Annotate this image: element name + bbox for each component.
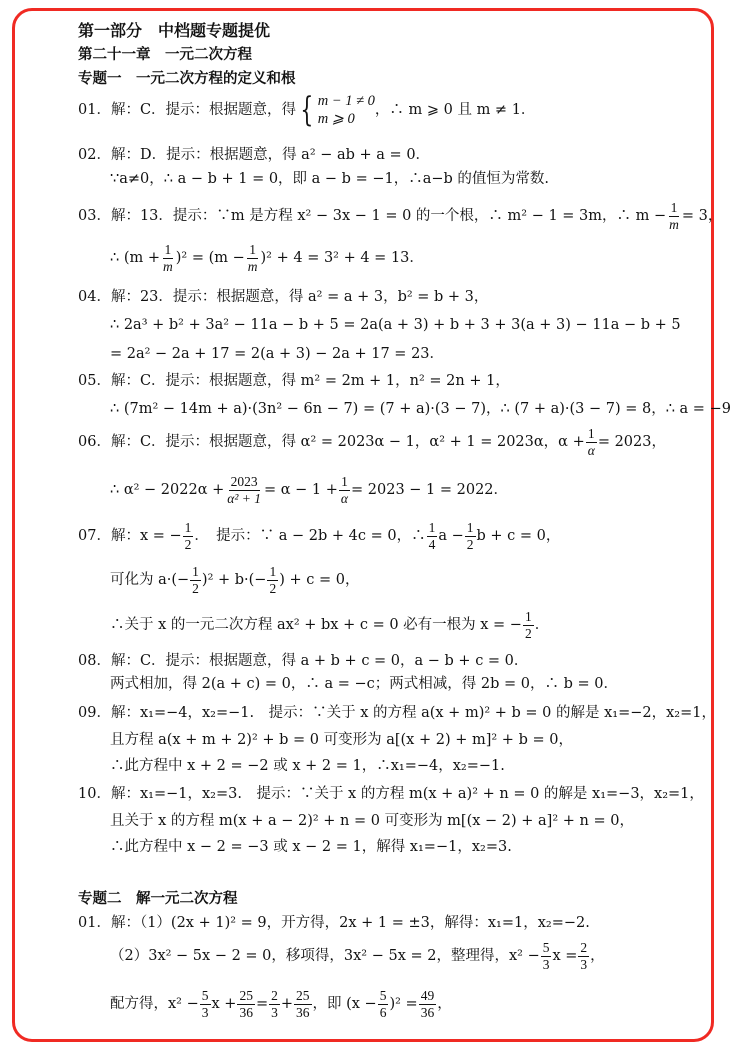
answer-09-line1: 09．解：x₁=−4，x₂=−1. 提示：∵关于 x 的方程 a(x + m)²… bbox=[78, 704, 716, 722]
answer-text: = 3， bbox=[682, 208, 722, 224]
system-line: m − 1 ≠ 0 bbox=[318, 92, 375, 110]
answer-text: 可化为 a·(− bbox=[110, 572, 189, 588]
answer-text: )² = (m − bbox=[176, 250, 245, 266]
fraction: 12 bbox=[267, 564, 278, 597]
system-line: m ⩾ 0 bbox=[318, 110, 375, 128]
answer-10-line3: ∴此方程中 x − 2 = −3 或 x − 2 = 1，解得 x₁=−1，x₂… bbox=[110, 838, 512, 856]
answer-02-line1: 02．解：D．提示：根据题意，得 a² − ab + a = 0． bbox=[78, 146, 430, 164]
answer-text: 03．解：13．提示：∵m 是方程 x² − 3x − 1 = 0 的一个根，∴… bbox=[78, 208, 666, 224]
answer-09-line3: ∴此方程中 x + 2 = −2 或 x + 2 = 1，∴x₁=−4，x₂=−… bbox=[110, 757, 505, 775]
answer-06-line1: 06．解：C．提示：根据题意，得 α² = 2023α − 1，α² + 1 =… bbox=[78, 424, 666, 460]
answer-06-line2: ∴ α² − 2022α +2023α² + 1= α − 1 +1α= 202… bbox=[110, 470, 508, 510]
answer-text: 配方得，x² − bbox=[110, 996, 199, 1012]
answer-text: ∴ (m + bbox=[110, 250, 160, 266]
answer-01: 01．解：C．提示：根据题意，得{m − 1 ≠ 0m ⩾ 0，∴ m ⩾ 0 … bbox=[78, 90, 535, 130]
answer-07-line1: 07．解：x = −12． 提示：∵ a − 2b + 4c = 0，∴14a … bbox=[78, 518, 560, 554]
fraction: 1m bbox=[667, 200, 681, 233]
fraction: 53 bbox=[541, 940, 552, 973]
fraction: 12 bbox=[183, 520, 194, 553]
fraction: 2536 bbox=[294, 988, 312, 1021]
answer-text: ) + c = 0， bbox=[279, 572, 359, 588]
answer-text: = 2023 − 1 = 2022． bbox=[351, 482, 508, 498]
answer-text: ∴ α² − 2022α + bbox=[110, 482, 224, 498]
fraction: 12 bbox=[523, 609, 534, 642]
answer-text: ， bbox=[437, 996, 452, 1012]
section-title-2: 专题二 解一元二次方程 bbox=[78, 890, 238, 908]
equation-system: {m − 1 ≠ 0m ⩾ 0 bbox=[296, 92, 375, 128]
answer-04-line2: ∴ 2a³ + b² + 3a² − 11a − b + 5 = 2a(a + … bbox=[110, 316, 681, 334]
part-title: 第一部分 中档题专题提优 bbox=[78, 22, 270, 40]
answer-03-line1: 03．解：13．提示：∵m 是方程 x² − 3x − 1 = 0 的一个根，∴… bbox=[78, 198, 722, 234]
fraction: 53 bbox=[200, 988, 211, 1021]
answer-text: = α − 1 + bbox=[264, 482, 338, 498]
answer-text: 06．解：C．提示：根据题意，得 α² = 2023α − 1，α² + 1 =… bbox=[78, 434, 585, 450]
section2-answer-01-line1: 01．解：（1）(2x + 1)² = 9，开方得，2x + 1 = ±3，解得… bbox=[78, 914, 590, 932]
fraction: 1m bbox=[246, 242, 260, 275]
answer-05-line2: ∴ (7m² − 14m + a)·(3n² − 6n − 7) = (7 + … bbox=[110, 400, 730, 418]
answer-04-line3: = 2a² − 2a + 17 = 2(a + 3) − 2a + 17 = 2… bbox=[110, 345, 444, 363]
answer-text: ，∴ m ⩾ 0 且 m ≠ 1． bbox=[375, 102, 536, 118]
answer-08-line2: 两式相加，得 2(a + c) = 0，∴ a = −c；两式相减，得 2b =… bbox=[110, 675, 618, 693]
fraction: 1α bbox=[586, 426, 597, 459]
answer-05-line1: 05．解：C．提示：根据题意，得 m² = 2m + 1，n² = 2n + 1… bbox=[78, 372, 510, 390]
answer-text: ． 提示：∵ a − 2b + 4c = 0，∴ bbox=[194, 528, 425, 544]
answer-text: = bbox=[256, 996, 268, 1012]
answer-07-line3: ∴关于 x 的一元二次方程 ax² + bx + c = 0 必有一根为 x =… bbox=[110, 607, 549, 643]
section-title-1: 专题一 一元二次方程的定义和根 bbox=[78, 70, 296, 88]
answer-text: （2）3x² − 5x − 2 = 0，移项得，3x² − 5x = 2，整理得… bbox=[110, 948, 540, 964]
answer-text: ， bbox=[590, 948, 605, 964]
answer-text: ∴关于 x 的一元二次方程 ax² + bx + c = 0 必有一根为 x =… bbox=[110, 617, 522, 633]
answer-text: b + c = 0， bbox=[477, 528, 561, 544]
answer-text: + bbox=[281, 996, 293, 1012]
fraction: 12 bbox=[190, 564, 201, 597]
fraction: 4936 bbox=[419, 988, 437, 1021]
answer-08-line1: 08．解：C．提示：根据题意，得 a + b + c = 0，a − b + c… bbox=[78, 652, 528, 670]
answer-text: )² + 4 = 3² + 4 = 13． bbox=[261, 250, 424, 266]
answer-text: a − bbox=[438, 528, 463, 544]
answer-text: = 2023， bbox=[598, 434, 666, 450]
answer-text: ． bbox=[535, 617, 550, 633]
fraction: 1α bbox=[339, 474, 350, 507]
section2-answer-01-line3: 配方得，x² −53x +2536=23+2536，即 (x −56)² =49… bbox=[110, 986, 452, 1022]
answer-text: 01．解：C．提示：根据题意，得 bbox=[78, 102, 296, 118]
answer-02-line2: ∵a≠0，∴ a − b + 1 = 0，即 a − b = −1，∴a−b 的… bbox=[110, 170, 549, 188]
answer-03-line2: ∴ (m +1m)² = (m −1m)² + 4 = 3² + 4 = 13． bbox=[110, 240, 424, 276]
answer-09-line2: 且方程 a(x + m + 2)² + b = 0 可变形为 a[(x + 2)… bbox=[110, 731, 573, 749]
fraction: 14 bbox=[427, 520, 438, 553]
answer-10-line1: 10．解：x₁=−1，x₂=3. 提示：∵关于 x 的方程 m(x + a)² … bbox=[78, 785, 704, 803]
answer-text: ，即 (x − bbox=[313, 996, 377, 1012]
answer-07-line2: 可化为 a·(−12)² + b·(−12) + c = 0， bbox=[110, 562, 359, 598]
answer-text: )² = bbox=[389, 996, 417, 1012]
answer-text: 07．解：x = − bbox=[78, 528, 182, 544]
answer-text: x + bbox=[212, 996, 237, 1012]
fraction: 1m bbox=[161, 242, 175, 275]
fraction: 23 bbox=[578, 940, 589, 973]
answer-10-line2: 且关于 x 的方程 m(x + a − 2)² + n = 0 可变形为 m[(… bbox=[110, 812, 634, 830]
section2-answer-01-line2: （2）3x² − 5x − 2 = 0，移项得，3x² − 5x = 2，整理得… bbox=[110, 938, 605, 974]
chapter-title: 第二十一章 一元二次方程 bbox=[78, 46, 252, 64]
answer-text: )² + b·(− bbox=[202, 572, 267, 588]
fraction: 12 bbox=[465, 520, 476, 553]
fraction: 23 bbox=[269, 988, 280, 1021]
fraction: 56 bbox=[378, 988, 389, 1021]
answer-04-line1: 04．解：23．提示：根据题意，得 a² = a + 3，b² = b + 3， bbox=[78, 288, 488, 306]
fraction: 2536 bbox=[237, 988, 255, 1021]
fraction: 2023α² + 1 bbox=[225, 474, 263, 507]
answer-text: x = bbox=[552, 948, 577, 964]
